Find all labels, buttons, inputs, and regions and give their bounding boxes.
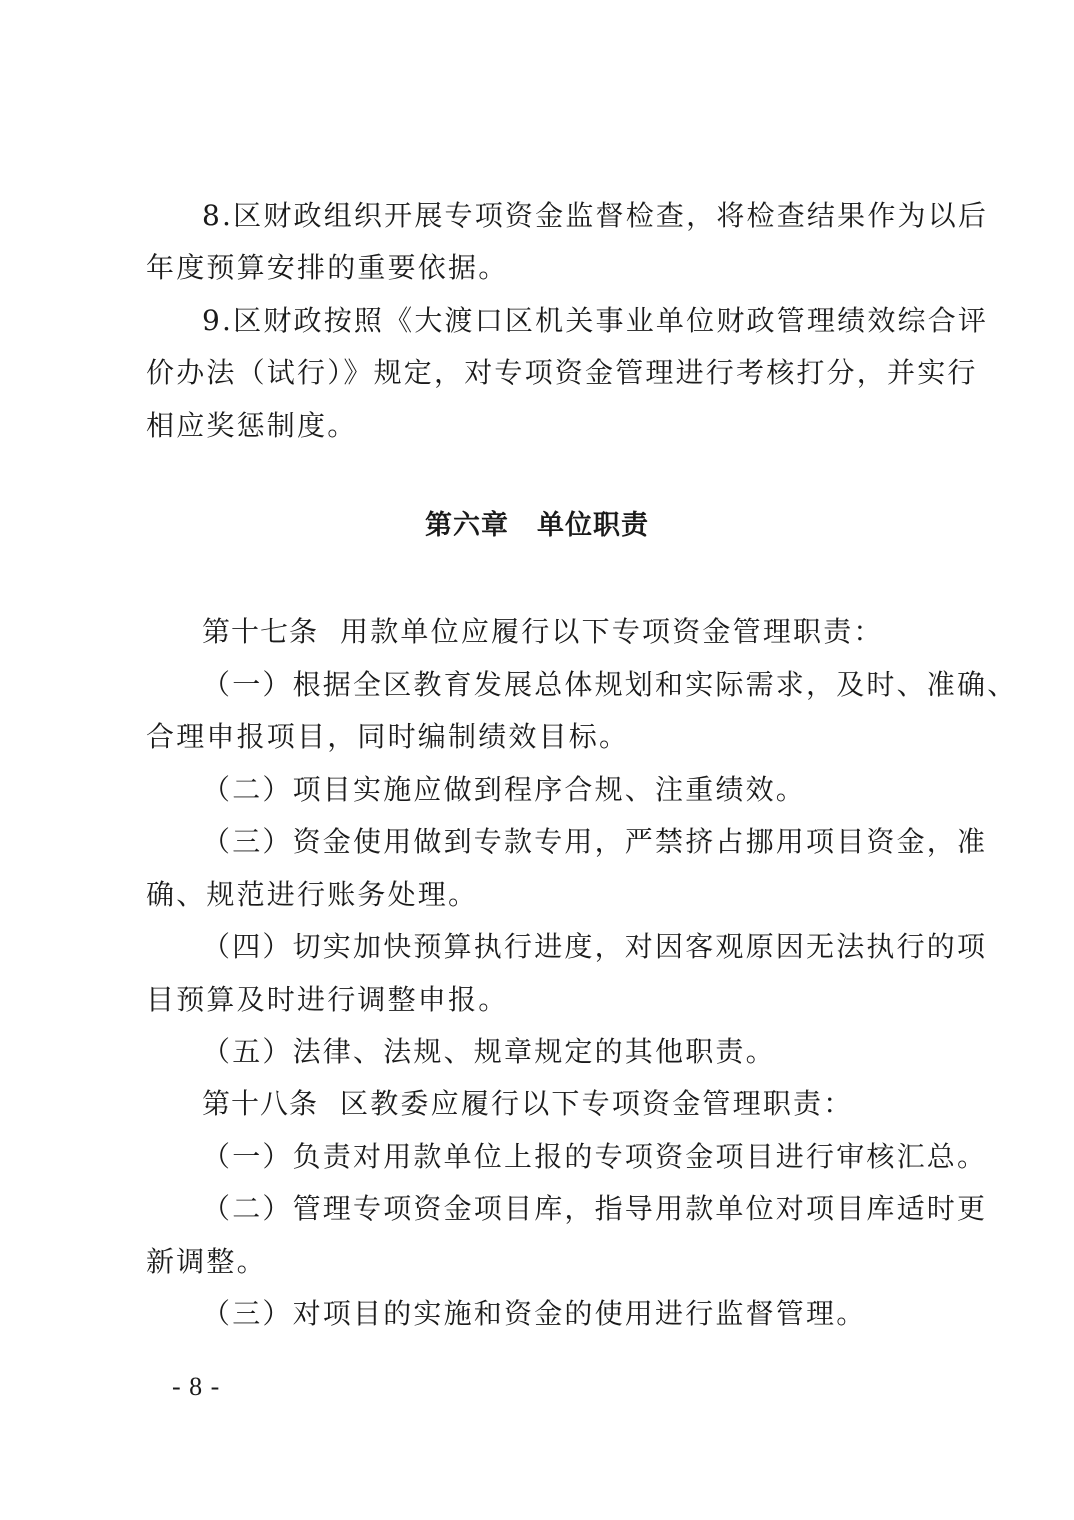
article-17-text: 用款单位应履行以下专项资金管理职责：: [340, 615, 884, 648]
document-page: 8.区财政组织开展专项资金监督检查，将检查结果作为以后 年度预算安排的重要依据。…: [0, 0, 1074, 1520]
paragraph-item-9-line-3: 相应奖惩制度。: [146, 408, 357, 444]
paragraph-item-9-line-1: 9.区财政按照《大渡口区机关事业单位财政管理绩效综合评: [202, 303, 934, 339]
paragraph-item-9-line-2: 价办法（试行）》规定，对专项资金管理进行考核打分，并实行: [146, 355, 934, 391]
article-17-item-3-line-2: 确、规范进行账务处理。: [146, 877, 478, 913]
article-17-item-4-line-2: 目预算及时进行调整申报。: [146, 982, 508, 1018]
article-18-item-3-line-1: （三）对项目的实施和资金的使用进行监督管理。: [202, 1296, 866, 1332]
article-18-item-2-line-2: 新调整。: [146, 1244, 267, 1280]
article-18-item-1-line-1: （一）负责对用款单位上报的专项资金项目进行审核汇总。: [202, 1139, 987, 1175]
article-18-text: 区教委应履行以下专项资金管理职责：: [340, 1087, 853, 1120]
article-18-item-2-line-1: （二）管理专项资金项目库，指导用款单位对项目库适时更: [202, 1191, 934, 1227]
article-17-item-3-line-1: （三）资金使用做到专款专用，严禁挤占挪用项目资金，准: [202, 824, 934, 860]
chapter-heading: 第六章 单位职责: [0, 508, 1074, 544]
article-17-item-5-line-1: （五）法律、法规、规章规定的其他职责。: [202, 1034, 776, 1070]
paragraph-item-8-line-1: 8.区财政组织开展专项资金监督检查，将检查结果作为以后: [202, 198, 934, 234]
article-18-number: 第十八条: [202, 1087, 318, 1120]
article-17-item-4-line-1: （四）切实加快预算执行进度，对因客观原因无法执行的项: [202, 929, 934, 965]
article-17-item-1-line-2: 合理申报项目，同时编制绩效目标。: [146, 719, 629, 755]
article-17-item-2-line-1: （二）项目实施应做到程序合规、注重绩效。: [202, 772, 806, 808]
article-17-intro: 第十七条用款单位应履行以下专项资金管理职责：: [202, 614, 884, 650]
paragraph-item-8-line-2: 年度预算安排的重要依据。: [146, 250, 508, 286]
article-17-item-1-line-1: （一）根据全区教育发展总体规划和实际需求，及时、准确、: [202, 667, 934, 703]
page-number: - 8 -: [172, 1372, 220, 1402]
article-18-intro: 第十八条区教委应履行以下专项资金管理职责：: [202, 1086, 853, 1122]
article-17-number: 第十七条: [202, 615, 318, 648]
